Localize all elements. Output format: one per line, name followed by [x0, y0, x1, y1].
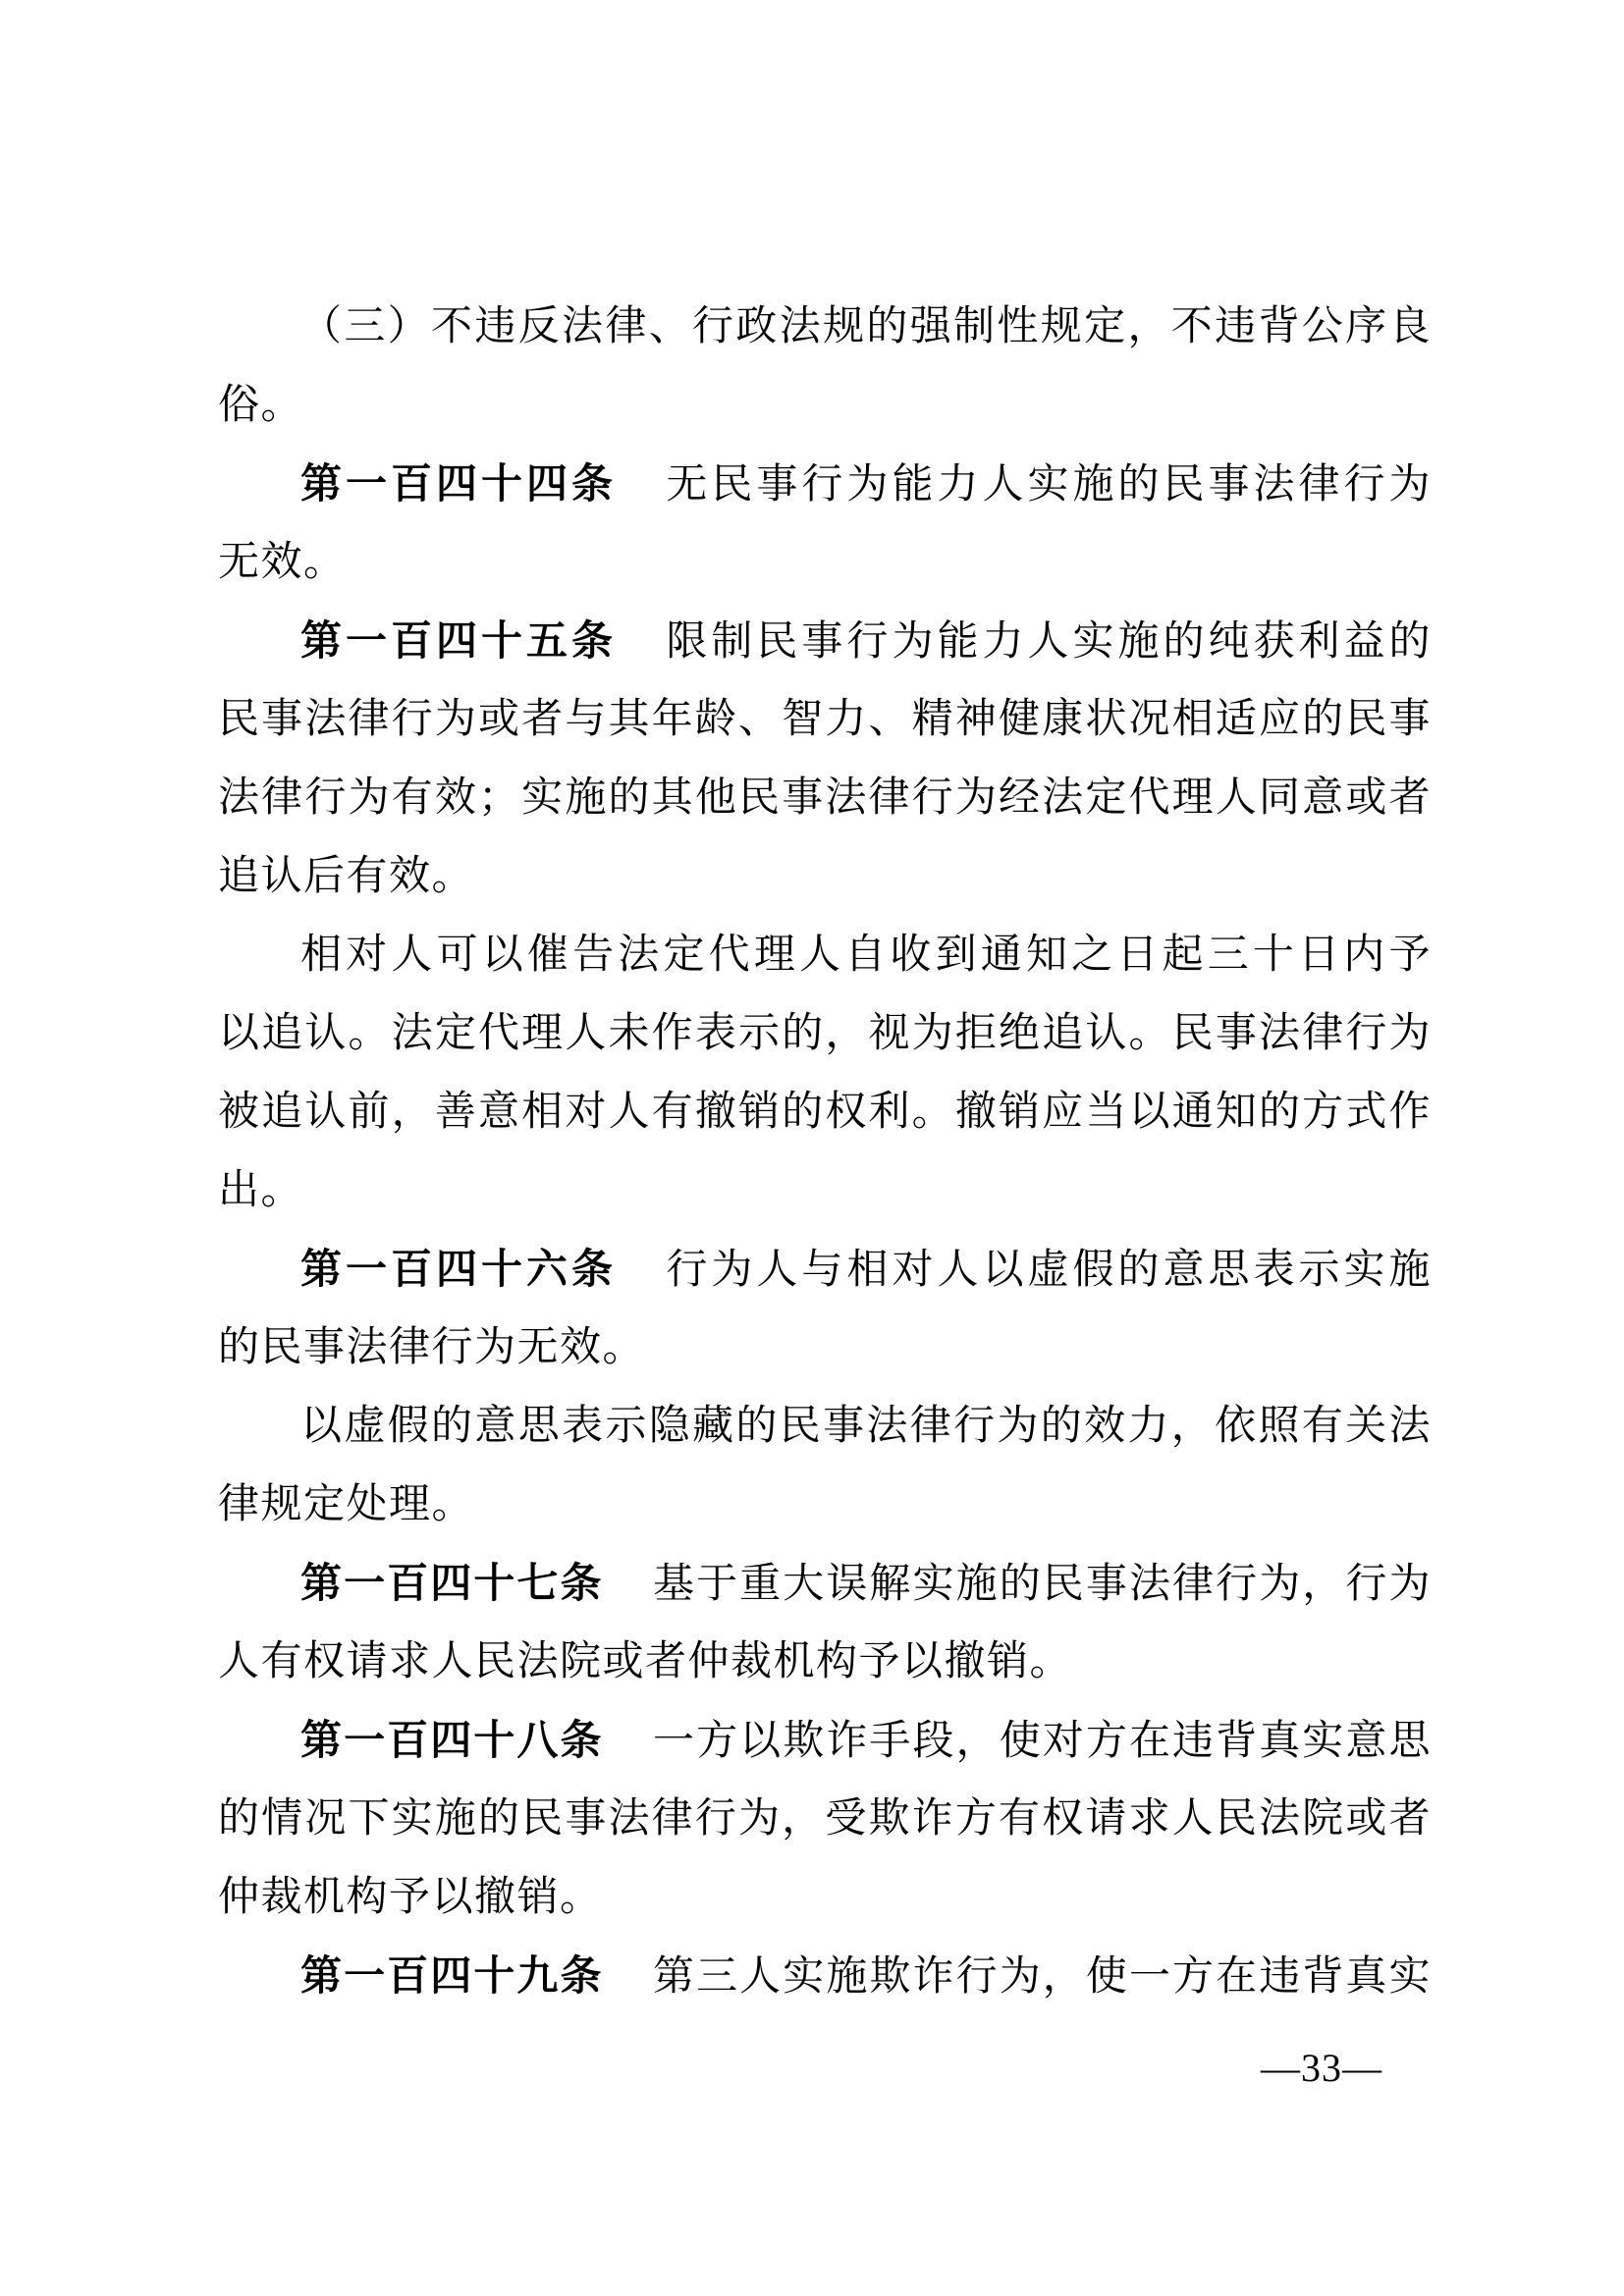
article-147-line-1: 第一百四十七条基于重大误解实施的民事法律行为，行为	[218, 1544, 1432, 1623]
line-text: 以虚假的意思表示隐藏的民事法律行为的效力，依照有关法	[300, 1404, 1432, 1449]
article-number: 第一百四十八条	[300, 1717, 604, 1763]
article-145-paragraph-2-line-1: 相对人可以催告法定代理人自收到通知之日起三十日内予	[218, 916, 1432, 994]
article-145-line-4: 追认后有效。	[218, 837, 1432, 916]
line-text: 基于重大误解实施的民事法律行为，行为	[653, 1562, 1432, 1607]
line-text: 仲裁机构予以撤销。	[218, 1875, 603, 1920]
line-text: 追认后有效。	[218, 854, 474, 899]
article-148-line-3: 仲裁机构予以撤销。	[218, 1858, 1432, 1937]
page-number: —33—	[1261, 2041, 1398, 2096]
article-number: 第一百四十七条	[300, 1560, 604, 1606]
clause-3-line-1: （三）不违反法律、行政法规的强制性规定，不违背公序良	[218, 288, 1432, 366]
line-text: 相对人可以催告法定代理人自收到通知之日起三十日内予	[300, 933, 1432, 978]
article-number: 第一百四十六条	[300, 1246, 617, 1292]
line-text: 被追认前，善意相对人有撤销的权利。撤销应当以通知的方式作	[218, 1090, 1432, 1135]
line-text: 行为人与相对人以虚假的意思表示实施	[666, 1248, 1432, 1293]
article-144-line-1: 第一百四十四条无民事行为能力人实施的民事法律行为	[218, 445, 1432, 523]
article-145-paragraph-2-line-4: 出。	[218, 1151, 1432, 1230]
article-148-line-1: 第一百四十八条一方以欺诈手段，使对方在违背真实意思	[218, 1701, 1432, 1780]
article-number: 第一百四十五条	[300, 617, 617, 664]
article-145-line-2: 民事法律行为或者与其年龄、智力、精神健康状况相适应的民事	[218, 680, 1432, 759]
article-145-paragraph-2-line-2: 以追认。法定代理人未作表示的，视为拒绝追认。民事法律行为	[218, 994, 1432, 1073]
line-text: 俗。	[218, 383, 303, 428]
article-145-paragraph-2-line-3: 被追认前，善意相对人有撤销的权利。撤销应当以通知的方式作	[218, 1073, 1432, 1151]
line-text: 无民事行为能力人实施的民事法律行为	[666, 462, 1432, 507]
document-page: （三）不违反法律、行政法规的强制性规定，不违背公序良俗。第一百四十四条无民事行为…	[0, 0, 1624, 2296]
article-146-paragraph-2-line-1: 以虚假的意思表示隐藏的民事法律行为的效力，依照有关法	[218, 1387, 1432, 1466]
article-number: 第一百四十四条	[300, 460, 617, 507]
line-text: 出。	[218, 1168, 303, 1213]
document-text-body: （三）不违反法律、行政法规的强制性规定，不违背公序良俗。第一百四十四条无民事行为…	[218, 288, 1432, 2015]
line-text: 律规定处理。	[218, 1482, 474, 1527]
article-146-paragraph-2-line-2: 律规定处理。	[218, 1466, 1432, 1544]
line-text: （三）不违反法律、行政法规的强制性规定，不违背公序良	[300, 304, 1432, 349]
line-text: 限制民事行为能力人实施的纯获利益的	[666, 619, 1432, 665]
article-146-line-1: 第一百四十六条行为人与相对人以虚假的意思表示实施	[218, 1230, 1432, 1308]
article-number: 第一百四十九条	[300, 1952, 604, 1999]
line-text: 第三人实施欺诈行为，使一方在违背真实	[653, 1954, 1432, 2000]
line-text: 法律行为有效；实施的其他民事法律行为经法定代理人同意或者	[218, 775, 1432, 821]
article-148-line-2: 的情况下实施的民事法律行为，受欺诈方有权请求人民法院或者	[218, 1780, 1432, 1858]
line-text: 人有权请求人民法院或者仲裁机构予以撤销。	[218, 1639, 1072, 1684]
clause-3-line-2: 俗。	[218, 366, 1432, 445]
line-text: 民事法律行为或者与其年龄、智力、精神健康状况相适应的民事	[218, 697, 1432, 742]
article-149-line-1: 第一百四十九条第三人实施欺诈行为，使一方在违背真实	[218, 1937, 1432, 2015]
line-text: 以追认。法定代理人未作表示的，视为拒绝追认。民事法律行为	[218, 1011, 1432, 1056]
article-145-line-3: 法律行为有效；实施的其他民事法律行为经法定代理人同意或者	[218, 759, 1432, 837]
line-text: 的情况下实施的民事法律行为，受欺诈方有权请求人民法院或者	[218, 1796, 1432, 1842]
line-text: 一方以欺诈手段，使对方在违背真实意思	[653, 1719, 1432, 1764]
article-145-line-1: 第一百四十五条限制民事行为能力人实施的纯获利益的	[218, 602, 1432, 680]
line-text: 的民事法律行为无效。	[218, 1325, 645, 1370]
article-144-line-2: 无效。	[218, 523, 1432, 602]
article-147-line-2: 人有权请求人民法院或者仲裁机构予以撤销。	[218, 1623, 1432, 1701]
article-146-line-2: 的民事法律行为无效。	[218, 1308, 1432, 1387]
line-text: 无效。	[218, 540, 347, 585]
